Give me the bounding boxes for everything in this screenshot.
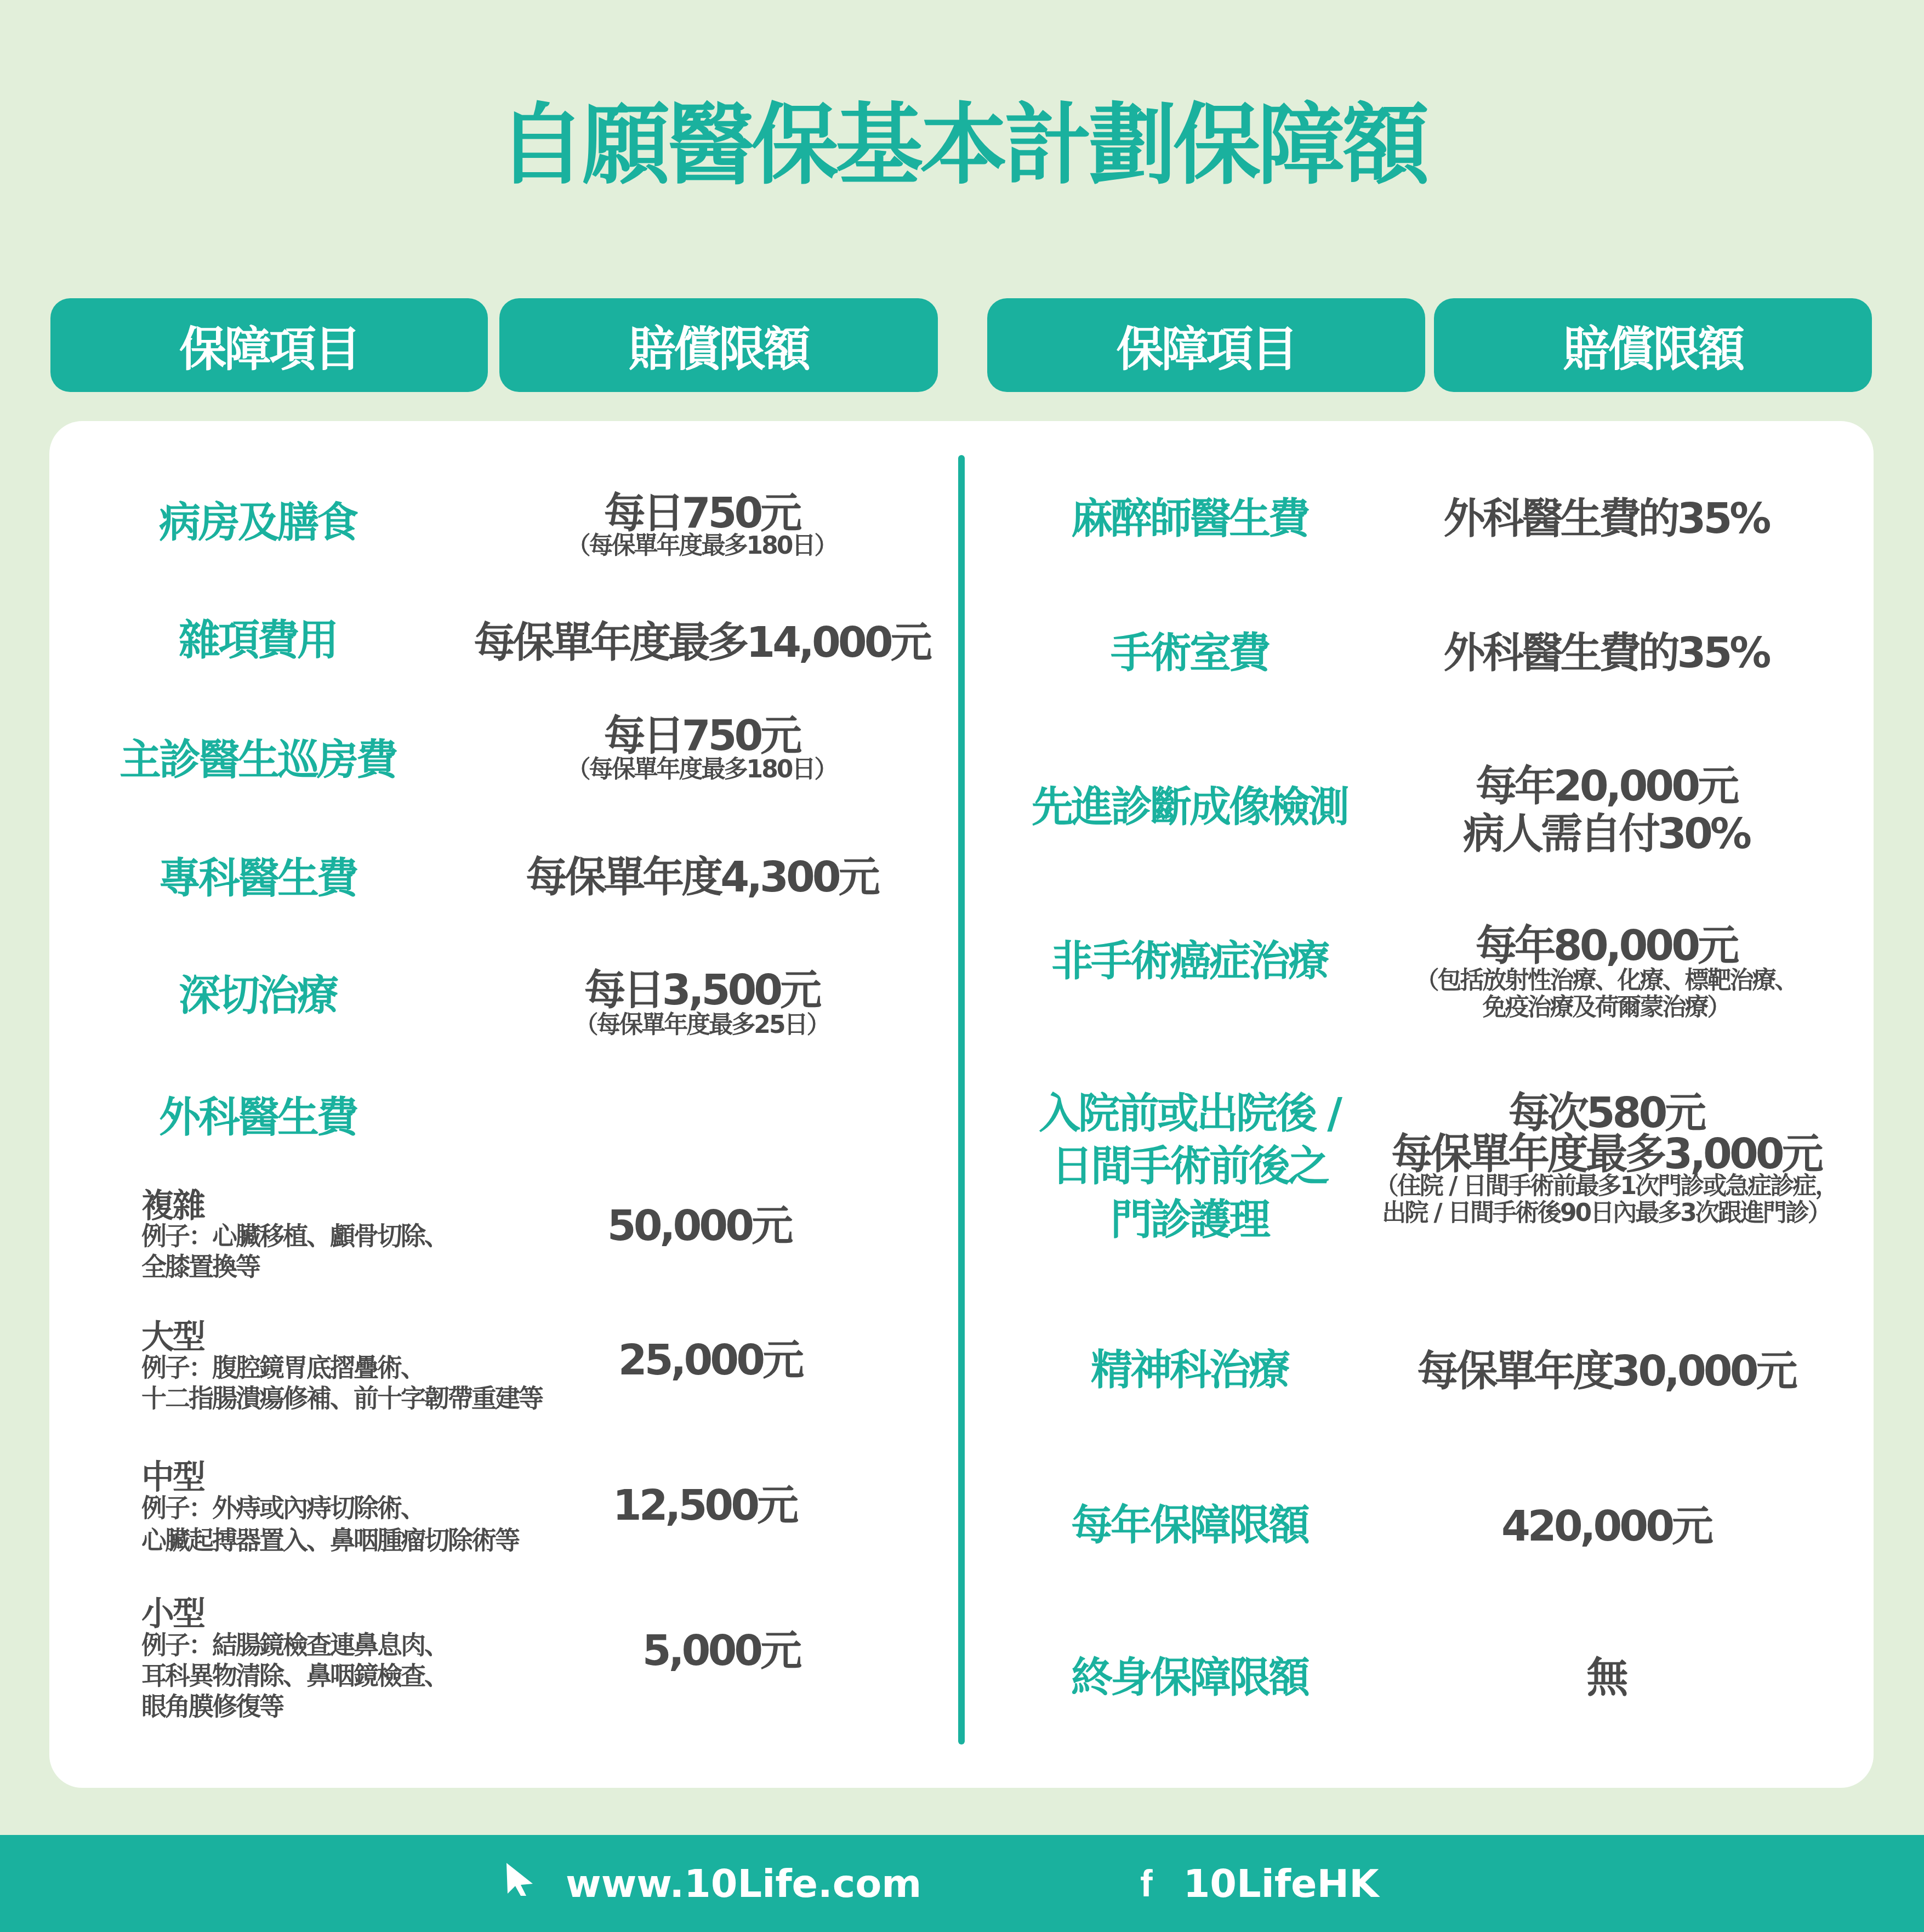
surgery-complex-value: 50,000元 [548,1202,850,1249]
surgery-complex-example: 全膝置換等 [141,1251,259,1282]
value-outpatient-care-cap: 每保單年度最多3,000元 [1359,1130,1853,1178]
surgery-minor-example: 耳科異物清除、鼻咽鏡檢查、 [141,1660,448,1691]
label-lifetime-limit: 終身保障限額 [981,1651,1398,1704]
label-diagnostic-imaging: 先進診斷成像檢測 [981,781,1398,833]
value-diagnostic-imaging-copay: 病人需自付30% [1359,810,1853,857]
label-annual-limit: 每年保障限額 [981,1499,1398,1552]
value-icu: 每日3,500元 [455,967,948,1014]
surgery-major-title: 大型 [141,1311,204,1358]
note-icu: （每保單年度最多25日） [455,1012,948,1039]
value-cancer-treatment: 每年80,000元 [1359,922,1853,969]
surgery-minor-example: 眼角膜修復等 [141,1691,283,1721]
label-cancer-treatment: 非手術癌症治療 [981,935,1398,987]
label-outpatient-care: 入院前或出院後 / [981,1087,1398,1140]
surgery-major-example: 十二指腸潰瘍修補、前十字韌帶重建等 [141,1383,542,1413]
value-psychiatric: 每保單年度30,000元 [1359,1348,1853,1395]
value-lifetime-limit: 無 [1359,1654,1853,1701]
footer: www.10Life.com f 10LifeHK [0,1835,1924,1932]
header-item-left: 保障項目 [50,298,488,392]
page-title: 自願醫保基本計劃保障額 [0,96,1924,195]
note-outpatient-care: 出院 / 日間手術後90日內最多3次跟進門診） [1359,1200,1853,1227]
facebook-link[interactable]: f 10LifeHK [1140,1861,1379,1906]
value-anaesthetist: 外科醫生費的35% [1359,495,1853,542]
note-ward-meals: （每保單年度最多180日） [455,532,948,560]
surgery-intermediate-title: 中型 [141,1451,204,1498]
note-cancer-treatment: （包括放射性治療、化療、標靶治療、 [1359,967,1853,995]
surgery-intermediate-example: 心臟起搏器置入、鼻咽腫瘤切除術等 [141,1525,519,1555]
note-doctor-visit: （每保單年度最多180日） [455,756,948,783]
header-limit-left: 賠償限額 [499,298,938,392]
label-surgeon-fee: 外科醫生費 [66,1091,449,1144]
value-doctor-visit: 每日750元 [455,712,948,759]
cursor-arrow-icon [504,1862,535,1906]
surgery-complex-example: 例子：心臟移植、顱骨切除、 [141,1220,448,1251]
label-specialist: 專科醫生費 [66,852,449,905]
value-specialist: 每保單年度4,300元 [455,854,948,901]
website-link[interactable]: www.10Life.com [504,1861,921,1906]
value-operating-theatre: 外科醫生費的35% [1359,629,1853,677]
surgery-intermediate-example: 例子：外痔或內痔切除術、 [141,1492,424,1523]
label-anaesthetist: 麻醉師醫生費 [981,492,1398,545]
header-item-right: 保障項目 [987,298,1425,392]
surgery-minor-example: 例子：結腸鏡檢查連鼻息肉、 [141,1629,448,1660]
label-outpatient-care: 日間手術前後之 [981,1140,1398,1192]
label-operating-theatre: 手術室費 [981,627,1398,679]
facebook-text: 10LifeHK [1183,1861,1379,1906]
label-doctor-visit: 主診醫生巡房費 [66,734,449,786]
label-misc: 雜項費用 [66,614,449,667]
header-limit-right: 賠償限額 [1434,298,1872,392]
note-outpatient-care: （住院 / 日間手術前最多1次門診或急症診症， [1359,1173,1853,1200]
value-misc: 每保單年度最多14,000元 [455,619,948,666]
surgery-intermediate-value: 12,500元 [554,1482,855,1529]
surgery-minor-title: 小型 [141,1588,204,1635]
column-divider [958,455,965,1745]
surgery-minor-value: 5,000元 [570,1627,872,1674]
facebook-f-icon: f [1140,1862,1153,1905]
note-cancer-treatment: 免疫治療及荷爾蒙治療） [1359,994,1853,1021]
label-icu: 深切治療 [66,969,449,1022]
surgery-major-example: 例子：腹腔鏡胃底摺疊術、 [141,1352,424,1383]
value-annual-limit: 420,000元 [1359,1503,1853,1550]
value-ward-meals: 每日750元 [455,490,948,537]
value-diagnostic-imaging: 每年20,000元 [1359,763,1853,810]
label-psychiatric: 精神科治療 [981,1344,1398,1396]
label-ward-meals: 病房及膳食 [66,496,449,549]
label-outpatient-care: 門診護理 [981,1194,1398,1246]
website-text: www.10Life.com [566,1861,921,1906]
surgery-major-value: 25,000元 [559,1337,861,1384]
